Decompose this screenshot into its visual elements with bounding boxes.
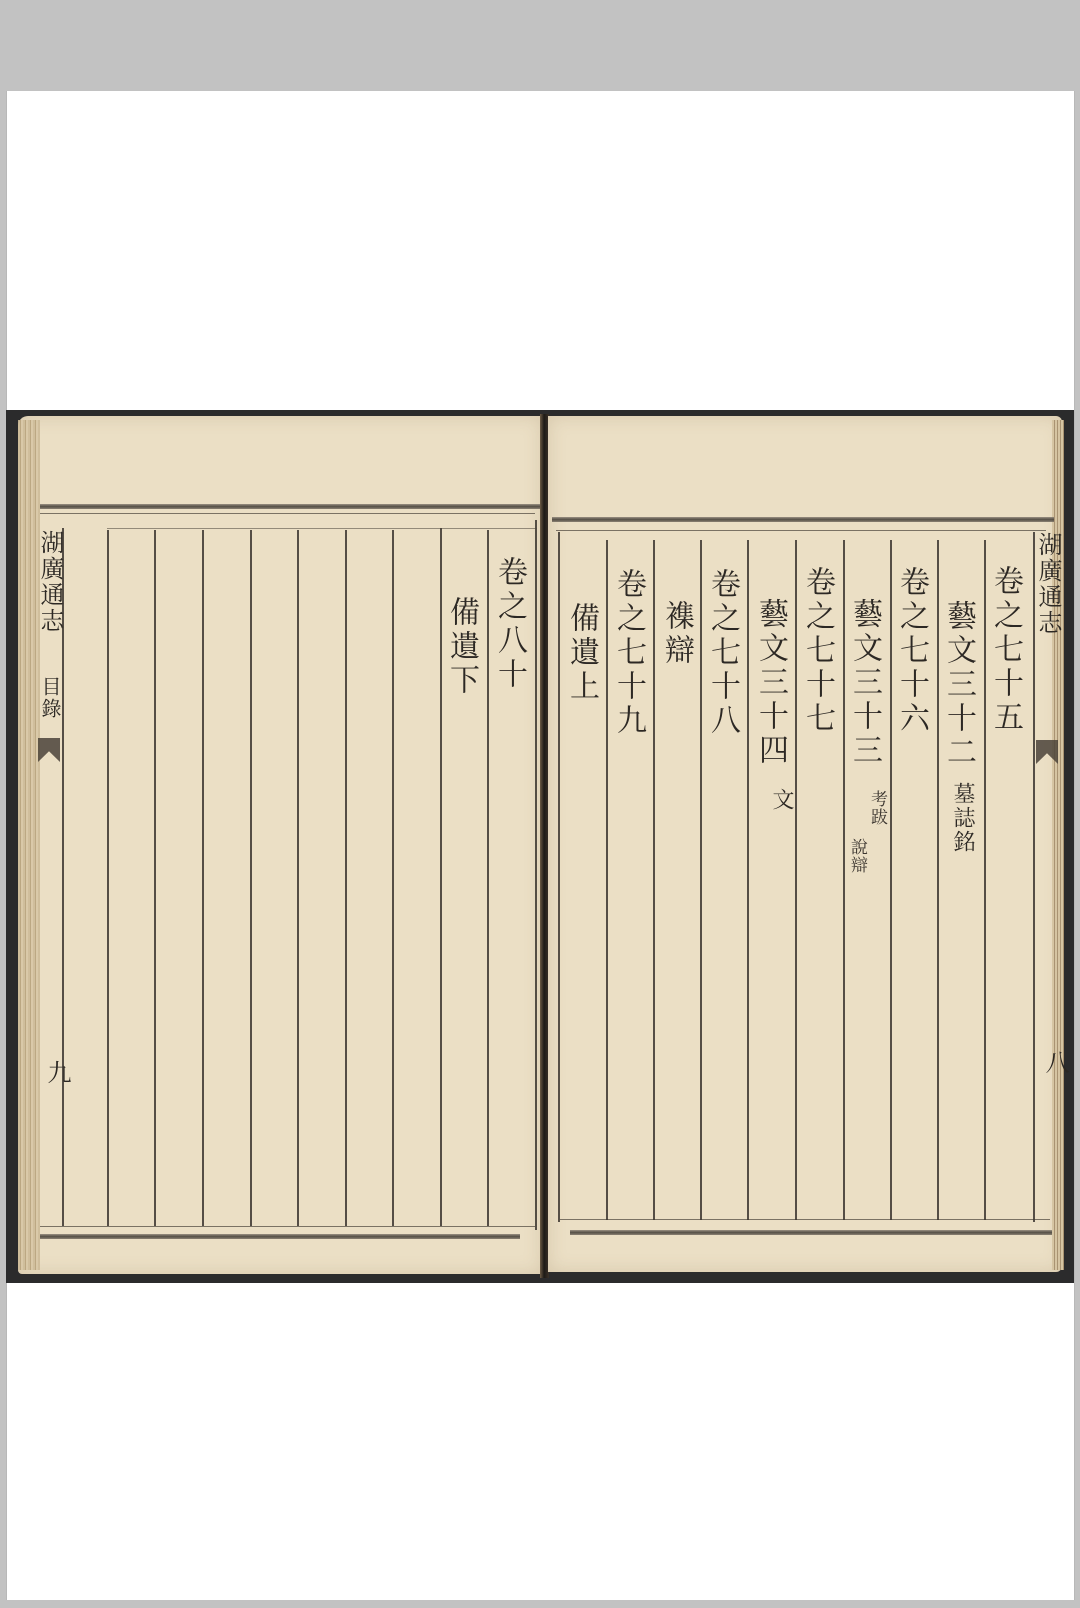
left-col-line (107, 530, 109, 1226)
left-col-line (154, 530, 156, 1226)
right-col-line (606, 540, 608, 1220)
left-top-thin-rule (40, 513, 535, 514)
left-col-line (440, 528, 442, 1226)
left-frame-top-line (107, 528, 537, 529)
right-col-line (890, 540, 892, 1220)
toc-note-wen: 文 (770, 788, 792, 812)
right-col-line (937, 540, 939, 1220)
toc-volume-76: 卷之七十六 (896, 566, 926, 736)
left-col-line (392, 530, 394, 1226)
right-bottom-rule (570, 1230, 1052, 1235)
toc-volume-78: 卷之七十八 (707, 568, 737, 738)
toc-note-shuo-bian: 說辯 (848, 838, 865, 874)
right-top-rule (552, 517, 1054, 522)
left-page-number: 九 (40, 1060, 75, 1084)
viewer-bottom-strip (0, 1600, 1080, 1608)
right-col-line (558, 532, 560, 1222)
right-running-title: 湖廣通志 (1036, 532, 1060, 636)
left-bottom-thin-rule (40, 1226, 535, 1227)
left-running-title: 湖廣通志 (38, 530, 62, 634)
left-page (18, 416, 542, 1274)
left-frame-right-line (535, 520, 537, 1230)
right-top-thin-rule (556, 530, 1046, 531)
right-col-line (653, 540, 655, 1220)
toc-section-beiyi-shang: 備遺上 (566, 602, 596, 704)
left-col-line (202, 530, 204, 1226)
toc-section-yiwen-33: 藝文三十三 (849, 598, 879, 768)
left-top-rule (40, 504, 540, 509)
right-col-line (700, 540, 702, 1220)
left-col-line (250, 530, 252, 1226)
toc-section-yiwen-32: 藝文三十二 (943, 600, 973, 770)
toc-section-zabian: 襍辯 (661, 600, 691, 668)
toc-volume-80: 卷之八十 (494, 556, 524, 692)
toc-volume-75: 卷之七十五 (990, 565, 1020, 735)
left-section-label: 目錄 (40, 676, 60, 720)
right-col-line (984, 540, 986, 1220)
right-col-line (747, 540, 749, 1220)
right-page-number: 八 (1038, 1050, 1073, 1074)
toc-volume-77: 卷之七十七 (802, 566, 832, 736)
left-col-line (345, 530, 347, 1226)
left-col-line (487, 530, 489, 1226)
toc-section-beiyi-xia: 備遺下 (446, 596, 476, 698)
toc-note-kao-ba: 考跋 (868, 790, 885, 826)
right-bottom-thin-rule (560, 1219, 1050, 1220)
left-bottom-rule (40, 1234, 520, 1239)
right-col-line (843, 540, 845, 1220)
toc-volume-79: 卷之七十九 (613, 568, 643, 738)
toc-section-yiwen-34: 藝文三十四 (755, 598, 785, 768)
right-col-line (795, 540, 797, 1220)
left-col-line (297, 530, 299, 1226)
left-col-line (62, 528, 64, 1226)
toc-note-muzhiming: 墓誌銘 (951, 782, 973, 854)
